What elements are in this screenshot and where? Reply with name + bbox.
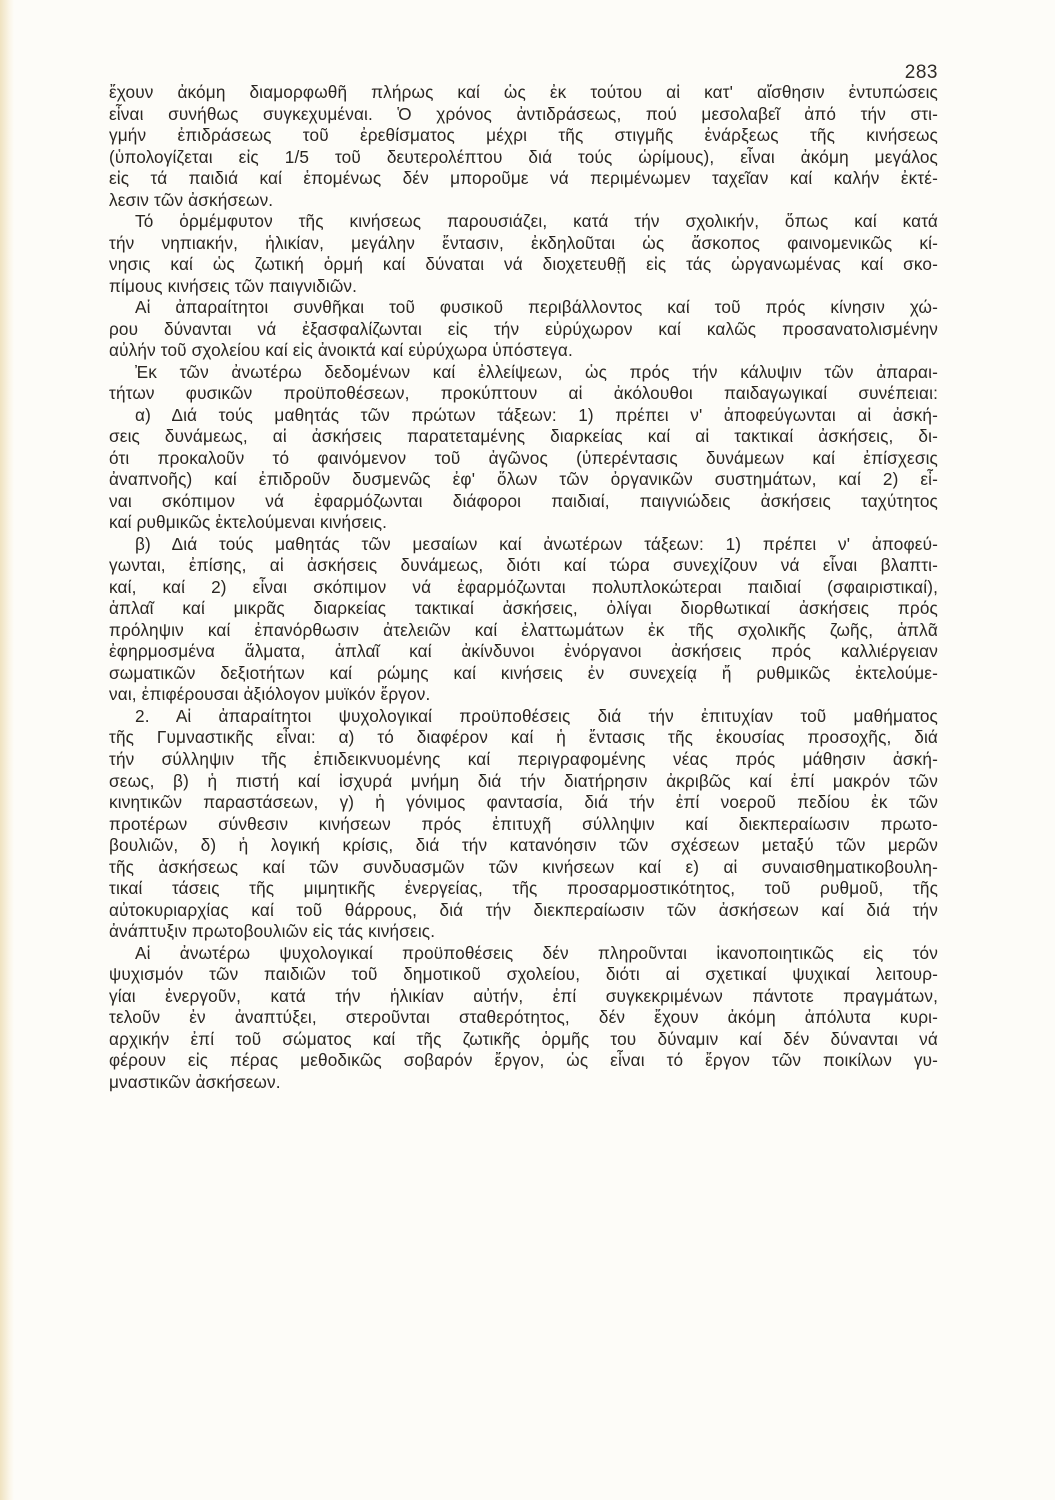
text-line: προτέρων σύνθεσιν κινήσεων πρός ἐπιτυχῆ … <box>109 814 938 836</box>
text-line: ἔχουν ἀκόμη διαμορφωθῆ πλήρως καί ὡς ἐκ … <box>109 82 938 104</box>
text-line: τικαί τάσεις τῆς μιμητικῆς ἐνεργείας, τῆ… <box>109 878 938 900</box>
text-line: ἀνάπτυξιν πρωτοβουλιῶν εἰς τάς κινήσεις. <box>109 921 938 943</box>
text-line: ψυχισμόν τῶν παιδιῶν τοῦ δημοτικοῦ σχολε… <box>109 964 938 986</box>
text-line: γίαι ἐνεργοῦν, κατά τήν ἡλικίαν αὐτήν, ἐ… <box>109 986 938 1008</box>
text-line: σεως, β) ἡ πιστή καί ἰσχυρά μνήμη διά τή… <box>109 771 938 793</box>
text-line: τῆς Γυμναστικῆς εἶναι: α) τό διαφέρον κα… <box>109 727 938 749</box>
text-line: εἶναι συνήθως συγκεχυμέναι. Ὁ χρόνος ἀντ… <box>109 104 938 126</box>
text-line: ναι σκόπιμον νά ἐφαρμόζωνται διάφοροι πα… <box>109 491 938 513</box>
text-line: αρχικήν ἐπί τοῦ σώματος καί τῆς ζωτικῆς … <box>109 1029 938 1051</box>
text-line: 2. Αἱ ἀπαραίτητοι ψυχολογικαί προϋποθέσε… <box>109 706 938 728</box>
text-line: φέρουν εἰς πέρας μεθοδικῶς σοβαρόν ἔργον… <box>109 1050 938 1072</box>
text-line: τῆς ἀσκήσεως καί τῶν συνδυασμῶν τῶν κινή… <box>109 857 938 879</box>
text-line: κινητικῶν παραστάσεων, γ) ἡ γόνιμος φαντ… <box>109 792 938 814</box>
text-line: τήτων φυσικῶν προϋποθέσεων, προκύπτουν α… <box>109 383 938 405</box>
text-line: σωματικῶν δεξιοτήτων καί ρώμης καί κινήσ… <box>109 663 938 685</box>
text-line: πίμους κινήσεις τῶν παιγνιδιῶν. <box>109 276 938 298</box>
text-line: λεσιν τῶν ἀσκήσεων. <box>109 190 938 212</box>
text-line: Αἱ ἀπαραίτητοι συνθῆκαι τοῦ φυσικοῦ περι… <box>109 297 938 319</box>
text-line: ναι, ἐπιφέρουσαι ἀξιόλογον μυϊκόν ἔργον. <box>109 684 938 706</box>
text-line: Ἐκ τῶν ἀνωτέρω δεδομένων καί ἐλλείψεων, … <box>109 362 938 384</box>
text-line: τήν σύλληψιν τῆς ἐπιδεικνυομένης καί περ… <box>109 749 938 771</box>
text-line: καί, καί 2) εἶναι σκόπιμον νά ἐφαρμόζωντ… <box>109 577 938 599</box>
text-line: μναστικῶν ἀσκήσεων. <box>109 1072 938 1094</box>
text-line: καί ρυθμικῶς ἐκτελούμεναι κινήσεις. <box>109 512 938 534</box>
text-line: ρου δύνανται νά ἐξασφαλίζωνται εἰς τήν ε… <box>109 319 938 341</box>
text-line: Αἱ ἀνωτέρω ψυχολογικαί προϋποθέσεις δέν … <box>109 943 938 965</box>
text-line: α) Διά τούς μαθητάς τῶν πρώτων τάξεων: 1… <box>109 405 938 427</box>
text-line: γωνται, ἐπίσης, αἱ ἀσκήσεις δυνάμεως, δι… <box>109 555 938 577</box>
text-line: ἐφηρμοσμένα ἅλματα, ἁπλαῖ καί ἀκίνδυνοι … <box>109 641 938 663</box>
body-text: ἔχουν ἀκόμη διαμορφωθῆ πλήρως καί ὡς ἐκ … <box>109 82 938 1093</box>
text-line: βουλιῶν, δ) ἡ λογική κρίσις, διά τήν κατ… <box>109 835 938 857</box>
text-line: (ὑπολογίζεται εἰς 1/5 τοῦ δευτερολέπτου … <box>109 147 938 169</box>
text-line: ότι προκαλοῦν τό φαινόμενον τοῦ ἀγῶνος (… <box>109 448 938 470</box>
page-number: 283 <box>880 62 938 84</box>
text-line: νησις καί ὡς ζωτική ὁρμή καί δύναται νά … <box>109 254 938 276</box>
text-line: ἀναπνοῆς) καί ἐπιδροῦν δυσμενῶς ἐφ' ὅλων… <box>109 469 938 491</box>
text-line: εἰς τά παιδιά καί ἑπομένως δέν μποροῦμε … <box>109 168 938 190</box>
text-line: ἁπλαῖ καί μικρᾶς διαρκείας τακτικαί ἀσκή… <box>109 598 938 620</box>
text-line: γμήν ἐπιδράσεως τοῦ ἐρεθίσματος μέχρι τῆ… <box>109 125 938 147</box>
text-line: αὐλήν τοῦ σχολείου καί εἰς ἀνοικτά καί ε… <box>109 340 938 362</box>
text-line: πρόληψιν καί ἐπανόρθωσιν ἀτελειῶν καί ἐλ… <box>109 620 938 642</box>
page-edge-shadow <box>0 0 14 1500</box>
text-line: αὐτοκυριαρχίας καί τοῦ θάρρους, διά τήν … <box>109 900 938 922</box>
text-line: σεις δυνάμεως, αἱ ἀσκήσεις παρατεταμένης… <box>109 426 938 448</box>
text-line: τελοῦν ἐν ἀναπτύξει, στεροῦνται σταθερότ… <box>109 1007 938 1029</box>
text-line: Τό ὁρμέμφυτον τῆς κινήσεως παρουσιάζει, … <box>109 211 938 233</box>
text-line: β) Διά τούς μαθητάς τῶν μεσαίων καί ἀνωτ… <box>109 534 938 556</box>
text-line: τήν νηπιακήν, ἡλικίαν, μεγάλην ἔντασιν, … <box>109 233 938 255</box>
